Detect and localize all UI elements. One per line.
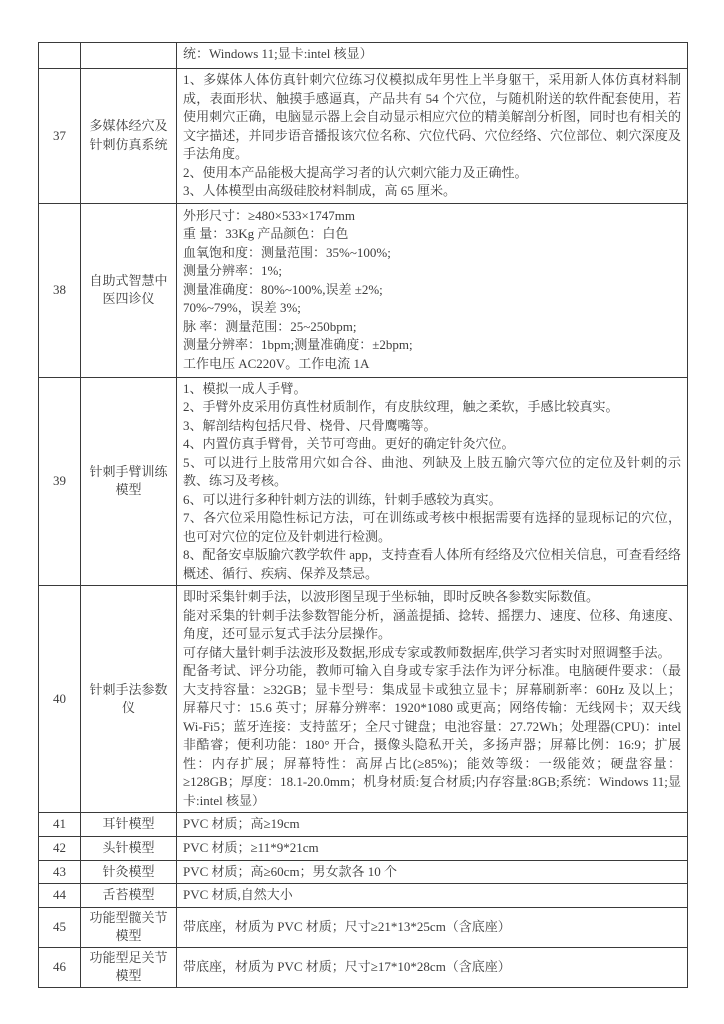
item-spec-cell: 外形尺寸：≥480×533×1747mm 重 量：33Kg 产品颜色：白色 血氧… [177, 204, 687, 377]
table-row: 42 头针模型 PVC 材质；≥11*9*21cm [39, 837, 687, 861]
table-row: 37 多媒体经穴及针刺仿真系统 1、多媒体人体仿真针刺穴位练习仪模拟成年男性上半… [39, 69, 687, 204]
row-number-cell: 37 [39, 69, 81, 203]
spec-table: 统：Windows 11;显卡:intel 核显） 37 多媒体经穴及针刺仿真系… [38, 42, 688, 988]
row-number: 45 [53, 918, 66, 937]
spec-line: 1、多媒体人体仿真针刺穴位练习仪模拟成年男性上半身躯干，采用新人体仿真材料制成，… [183, 71, 681, 164]
item-name-cell: 舌苔模型 [81, 884, 177, 907]
table-row: 44 舌苔模型 PVC 材质,自然大小 [39, 884, 687, 908]
row-number: 40 [53, 690, 66, 709]
spec-line: 测量分辨率：1bpm;测量准确度：±2bpm; [183, 336, 681, 355]
spec-line: 2、手臂外皮采用仿真性材质制作，有皮肤纹理，触之柔软，手感比较真实。 [183, 398, 681, 417]
item-name: 舌苔模型 [102, 886, 154, 905]
row-number-cell: 39 [39, 378, 81, 586]
spec-line: 血氧饱和度：测量范围：35%~100%; [183, 244, 681, 263]
item-name: 自助式智慧中医四诊仪 [85, 272, 172, 309]
row-number-cell: 38 [39, 204, 81, 377]
spec-line: 5、可以进行上肢常用穴如合谷、曲池、列缺及上肢五腧穴等穴位的定位及针刺的示教、练… [183, 454, 681, 491]
item-name-cell: 耳针模型 [81, 813, 177, 836]
row-number: 38 [53, 281, 66, 300]
row-number-cell: 46 [39, 948, 81, 987]
row-number-cell: 43 [39, 861, 81, 884]
spec-line: 测量分辨率：1%; [183, 262, 681, 281]
spec-line: 3、人体模型由高级硅胶材料制成，高 65 厘米。 [183, 182, 681, 201]
spec-line: PVC 材质；高≥19cm [183, 815, 681, 834]
item-name: 针刺手法参数仪 [85, 681, 172, 718]
item-name-cell [81, 43, 177, 68]
row-number-cell: 42 [39, 837, 81, 860]
item-spec-cell: 带底座，材质为 PVC 材质；尺寸≥21*13*25cm（含底座） [177, 908, 687, 947]
item-name-cell: 针刺手臂训练模型 [81, 378, 177, 586]
document-page: 统：Windows 11;显卡:intel 核显） 37 多媒体经穴及针刺仿真系… [0, 0, 724, 1024]
table-row: 40 针刺手法参数仪 即时采集针刺手法，以波形图呈现于坐标轴，即时反映各参数实际… [39, 586, 687, 813]
item-name: 功能型髋关节模型 [85, 909, 172, 946]
item-spec-cell: 带底座，材质为 PVC 材质；尺寸≥17*10*28cm（含底座） [177, 948, 687, 987]
row-number: 46 [53, 958, 66, 977]
spec-line: 1、模拟一成人手臂。 [183, 380, 681, 399]
item-spec-cell: PVC 材质；≥11*9*21cm [177, 837, 687, 860]
item-name: 针灸模型 [102, 863, 154, 882]
spec-line: 脉 率：测量范围：25~250bpm; [183, 318, 681, 337]
row-number: 43 [53, 863, 66, 882]
table-row: 45 功能型髋关节模型 带底座，材质为 PVC 材质；尺寸≥21*13*25cm… [39, 908, 687, 948]
spec-line: 带底座，材质为 PVC 材质；尺寸≥17*10*28cm（含底座） [183, 958, 681, 977]
spec-line: PVC 材质；≥11*9*21cm [183, 839, 681, 858]
item-name-cell: 多媒体经穴及针刺仿真系统 [81, 69, 177, 203]
item-name-cell: 头针模型 [81, 837, 177, 860]
item-name: 耳针模型 [102, 815, 154, 834]
item-spec-cell: 1、多媒体人体仿真针刺穴位练习仪模拟成年男性上半身躯干，采用新人体仿真材料制成，… [177, 69, 687, 203]
item-name: 针刺手臂训练模型 [85, 463, 172, 500]
spec-line: PVC 材质,自然大小 [183, 886, 681, 905]
spec-line: 3、解剖结构包括尺骨、桡骨、尺骨鹰嘴等。 [183, 417, 681, 436]
item-name: 功能型足关节模型 [85, 949, 172, 986]
spec-line: 可存储大量针刺手法波形及数据,形成专家或教师数据库,供学习者实时对照调整手法。 [183, 644, 681, 663]
row-number-cell: 44 [39, 884, 81, 907]
item-name: 头针模型 [102, 839, 154, 858]
spec-line: 70%~79%，误差 3%; [183, 299, 681, 318]
spec-line: PVC 材质；高≥60cm；男女款各 10 个 [183, 863, 681, 882]
table-row: 39 针刺手臂训练模型 1、模拟一成人手臂。 2、手臂外皮采用仿真性材质制作，有… [39, 378, 687, 587]
row-number-cell [39, 43, 81, 68]
spec-line: 外形尺寸：≥480×533×1747mm [183, 207, 681, 226]
row-number: 41 [53, 815, 66, 834]
item-name-cell: 针刺手法参数仪 [81, 586, 177, 812]
table-row: 46 功能型足关节模型 带底座，材质为 PVC 材质；尺寸≥17*10*28cm… [39, 948, 687, 987]
item-spec-cell: PVC 材质,自然大小 [177, 884, 687, 907]
spec-line: 4、内置仿真手臂骨，关节可弯曲。更好的确定针灸穴位。 [183, 435, 681, 454]
row-number-cell: 41 [39, 813, 81, 836]
item-spec-cell: PVC 材质；高≥60cm；男女款各 10 个 [177, 861, 687, 884]
item-name-cell: 自助式智慧中医四诊仪 [81, 204, 177, 377]
table-row: 统：Windows 11;显卡:intel 核显） [39, 43, 687, 69]
spec-line: 配备考试、评分功能，教师可输入自身或专家手法作为评分标准。电脑硬件要求：（最大支… [183, 662, 681, 810]
row-number: 44 [53, 886, 66, 905]
table-row: 43 针灸模型 PVC 材质；高≥60cm；男女款各 10 个 [39, 861, 687, 885]
row-number: 37 [53, 127, 66, 146]
spec-line: 工作电压 AC220V。工作电流 1A [183, 355, 681, 374]
row-number-cell: 40 [39, 586, 81, 812]
spec-line: 统：Windows 11;显卡:intel 核显） [183, 45, 681, 64]
item-name-cell: 功能型足关节模型 [81, 948, 177, 987]
item-spec-cell: 1、模拟一成人手臂。 2、手臂外皮采用仿真性材质制作，有皮肤纹理，触之柔软，手感… [177, 378, 687, 586]
spec-line: 2、使用本产品能极大提高学习者的认穴刺穴能力及正确性。 [183, 164, 681, 183]
spec-line: 即时采集针刺手法，以波形图呈现于坐标轴，即时反映各参数实际数值。 [183, 588, 681, 607]
row-number: 42 [53, 839, 66, 858]
spec-line: 6、可以进行多种针刺方法的训练，针刺手感较为真实。 [183, 491, 681, 510]
row-number-cell: 45 [39, 908, 81, 947]
spec-line: 能对采集的针刺手法参数智能分析，涵盖提插、捻转、摇摆力、速度、位移、角速度、角度… [183, 607, 681, 644]
table-row: 38 自助式智慧中医四诊仪 外形尺寸：≥480×533×1747mm 重 量：3… [39, 204, 687, 378]
spec-line: 重 量：33Kg 产品颜色：白色 [183, 225, 681, 244]
item-spec-cell: PVC 材质；高≥19cm [177, 813, 687, 836]
item-spec-cell: 统：Windows 11;显卡:intel 核显） [177, 43, 687, 68]
item-name-cell: 功能型髋关节模型 [81, 908, 177, 947]
spec-line: 带底座，材质为 PVC 材质；尺寸≥21*13*25cm（含底座） [183, 918, 681, 937]
table-row: 41 耳针模型 PVC 材质；高≥19cm [39, 813, 687, 837]
row-number: 39 [53, 472, 66, 491]
item-spec-cell: 即时采集针刺手法，以波形图呈现于坐标轴，即时反映各参数实际数值。 能对采集的针刺… [177, 586, 687, 812]
spec-line: 7、各穴位采用隐性标记方法，可在训练或考核中根据需要有选择的显现标记的穴位，也可… [183, 509, 681, 546]
item-name: 多媒体经穴及针刺仿真系统 [85, 117, 172, 154]
item-name-cell: 针灸模型 [81, 861, 177, 884]
spec-line: 8、配备安卓版腧穴教学软件 app，支持查看人体所有经络及穴位相关信息，可查看经… [183, 546, 681, 583]
spec-line: 测量准确度：80%~100%,误差 ±2%; [183, 281, 681, 300]
